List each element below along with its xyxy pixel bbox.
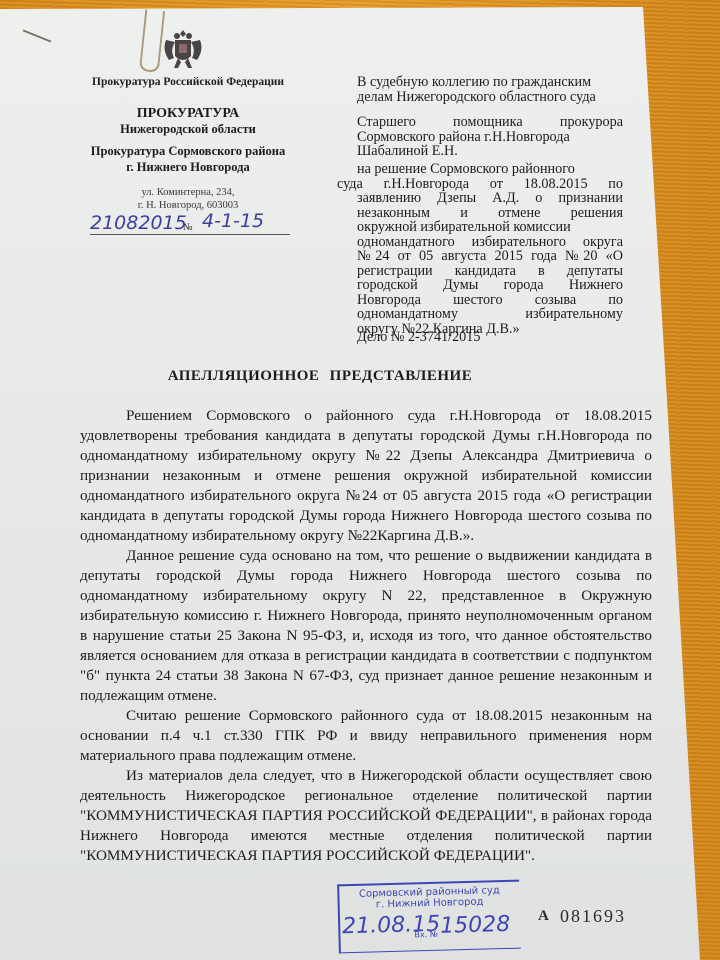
paragraph: Данное решение суда основано на том, что… — [80, 546, 652, 706]
addressee-from: Старшего помощника прокурора Сормовского… — [357, 115, 623, 159]
subject-line: одномандатному избирательному — [357, 307, 623, 322]
addressee-to-line: В судебную коллегию по гражданским — [357, 75, 623, 90]
addressee-from-line: Старшего помощника прокурора — [357, 115, 623, 130]
org-name-city: г. Нижнего Новгорода — [78, 160, 298, 175]
addressee-from-line: Шабалиной Е.Н. — [357, 144, 623, 159]
appeal-subject: на решение Сормовского районного суда г.… — [357, 162, 623, 336]
org-name-federal: Прокуратура Российской Федерации — [78, 76, 298, 88]
court-intake-stamp: Сормовский районный суд г. Нижний Новгор… — [337, 880, 521, 954]
subject-line: заявлению Дзепы А.Д. о признании — [357, 191, 623, 206]
org-name-main: ПРОКУРАТУРА — [78, 106, 298, 122]
russian-coat-of-arms-icon — [160, 24, 206, 74]
addressee-from-line: Сормовского района г.Н.Новгорода — [357, 130, 623, 145]
paragraph: Решением Сормовского о районного суда г.… — [80, 406, 652, 546]
address-city: г. Н. Новгород, 603003 — [78, 199, 298, 212]
subject-line: на решение Сормовского районного — [357, 162, 623, 177]
subject-line: незаконным и отмене решения — [357, 206, 623, 221]
subject-line: суда г.Н.Новгорода от 18.08.2015 по — [337, 177, 623, 192]
stamp-incoming-number: 15028 — [440, 912, 511, 939]
subject-line: №24 от 05 августа 2015 года №20 «О — [357, 249, 623, 264]
form-series-letter: А — [538, 908, 549, 925]
document-title: АПЕЛЛЯЦИОННОЕ ПРЕДСТАВЛЕНИЕ — [0, 368, 640, 385]
addressee-to: В судебную коллегию по гражданским делам… — [357, 75, 623, 104]
registration-number: 4-1-15 — [202, 210, 264, 232]
subject-line: одномандатного избирательного округа — [357, 235, 623, 250]
registration-date: 21082015 — [90, 212, 187, 234]
registration-no-label: № — [183, 222, 193, 233]
paragraph: Считаю решение Сормовского районного суд… — [80, 706, 652, 766]
subject-line: городской Думы города Нижнего — [357, 278, 623, 293]
form-serial-number: 081693 — [560, 906, 626, 927]
org-name-region: Нижегородской области — [78, 122, 298, 137]
subject-line: окружной избирательной комиссии — [357, 220, 623, 235]
subject-line: регистрации кандидата в депутаты — [357, 264, 623, 279]
addressee-to-line: делам Нижегородского областного суда — [357, 90, 623, 105]
case-number: Дело № 2-3741/2015 — [357, 330, 623, 345]
paragraph: Из материалов дела следует, что в Нижего… — [80, 766, 652, 866]
subject-line: Новгорода шестого созыва по — [357, 293, 623, 308]
stamp-incoming-label: Вх. № — [414, 930, 438, 940]
org-name-district: Прокуратура Сормовского района — [78, 144, 298, 159]
address-street: ул. Коминтерна, 234, — [78, 186, 298, 199]
document-body: Решением Сормовского о районного суда г.… — [80, 406, 652, 866]
